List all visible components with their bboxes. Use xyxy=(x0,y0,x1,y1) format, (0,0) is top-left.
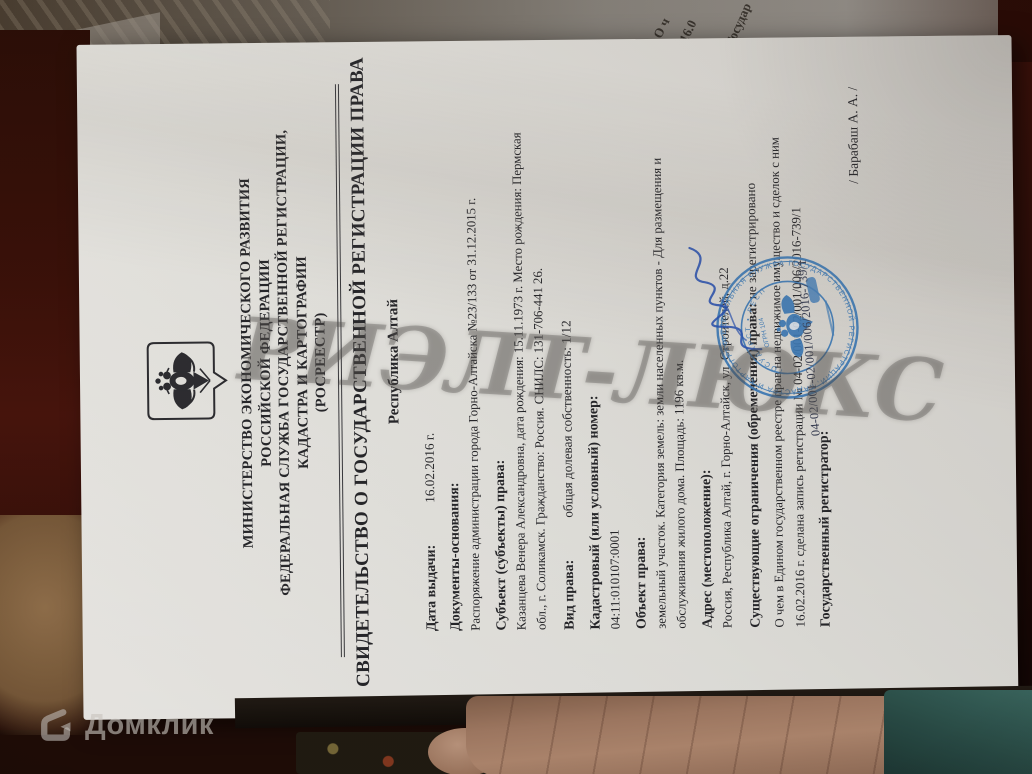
russia-coat-of-arms-icon xyxy=(144,339,237,424)
issue-date-label: Дата выдачи: xyxy=(424,545,440,632)
domklik-house-icon xyxy=(36,706,76,744)
hand-holding-document xyxy=(466,696,914,774)
teal-fabric xyxy=(884,690,1032,774)
issue-date-value: 16.02.2016 г. xyxy=(422,433,438,503)
domklik-watermark: Домклик xyxy=(36,706,214,744)
domklik-wordmark: Домклик xyxy=(85,709,214,742)
photo-of-certificate: О ч 16.0 Государ МИНИСТЕРСТВО ЭКОН xyxy=(0,0,1032,774)
right-type-label: Вид права: xyxy=(562,560,578,630)
